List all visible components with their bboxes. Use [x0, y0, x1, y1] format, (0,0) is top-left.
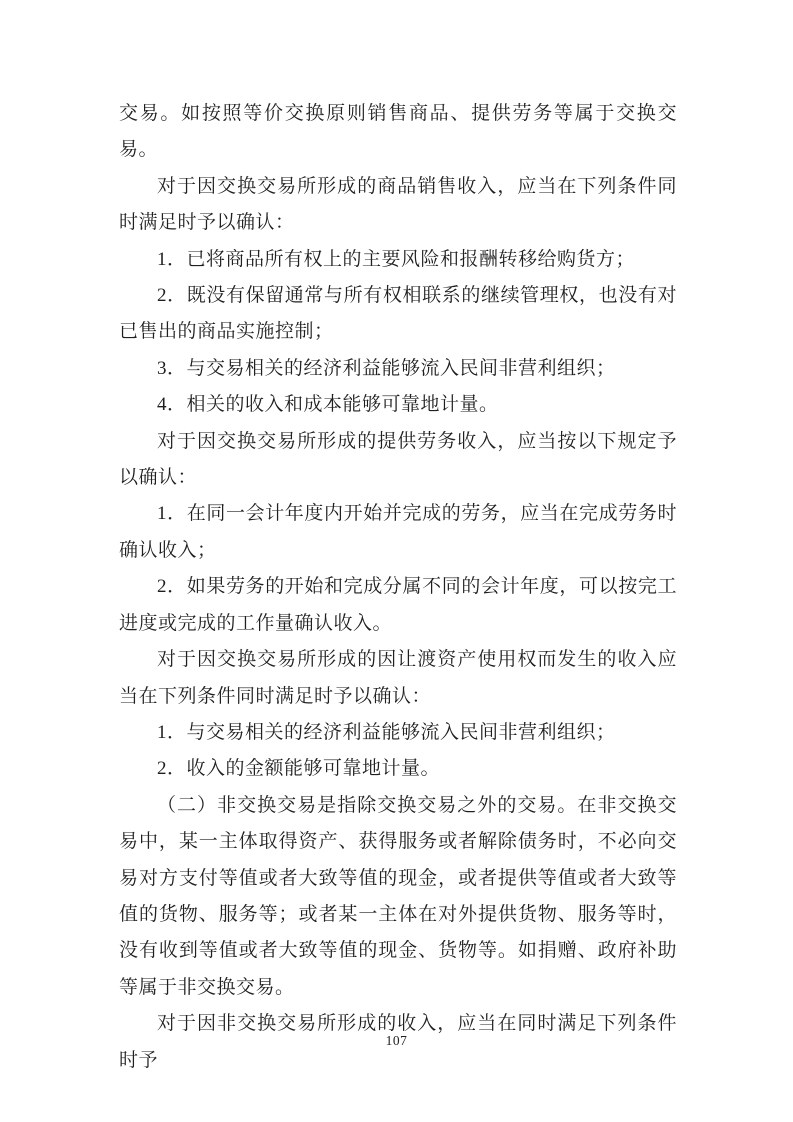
paragraph: 1．与交易相关的经济利益能够流入民间非营利组织； [119, 715, 677, 751]
paragraph: 1．已将商品所有权上的主要风险和报酬转移给购货方； [119, 242, 677, 278]
page-number: 107 [386, 1033, 408, 1048]
page-footer: 107 [0, 1033, 793, 1049]
paragraph: 2．既没有保留通常与所有权相联系的继续管理权，也没有对已售出的商品实施控制； [119, 278, 677, 351]
paragraph: 4．相关的收入和成本能够可靠地计量。 [119, 387, 677, 423]
paragraph: 1．在同一会计年度内开始并完成的劳务，应当在完成劳务时确认收入； [119, 496, 677, 569]
paragraph: （二）非交换交易是指除交换交易之外的交易。在非交换交易中，某一主体取得资产、获得… [119, 788, 677, 1006]
document-body: 交易。如按照等价交换原则销售商品、提供劳务等属于交换交易。对于因交换交易所形成的… [119, 96, 677, 1079]
paragraph: 2．如果劳务的开始和完成分属不同的会计年度，可以按完工进度或完成的工作量确认收入… [119, 569, 677, 642]
document-page: 交易。如按照等价交换原则销售商品、提供劳务等属于交换交易。对于因交换交易所形成的… [0, 0, 793, 1122]
paragraph: 交易。如按照等价交换原则销售商品、提供劳务等属于交换交易。 [119, 96, 677, 169]
paragraph: 对于因交换交易所形成的提供劳务收入，应当按以下规定予以确认： [119, 424, 677, 497]
paragraph: 2．收入的金额能够可靠地计量。 [119, 751, 677, 787]
paragraph: 对于因交换交易所形成的因让渡资产使用权而发生的收入应当在下列条件同时满足时予以确… [119, 642, 677, 715]
paragraph: 对于因交换交易所形成的商品销售收入，应当在下列条件同时满足时予以确认： [119, 169, 677, 242]
paragraph: 3．与交易相关的经济利益能够流入民间非营利组织； [119, 351, 677, 387]
